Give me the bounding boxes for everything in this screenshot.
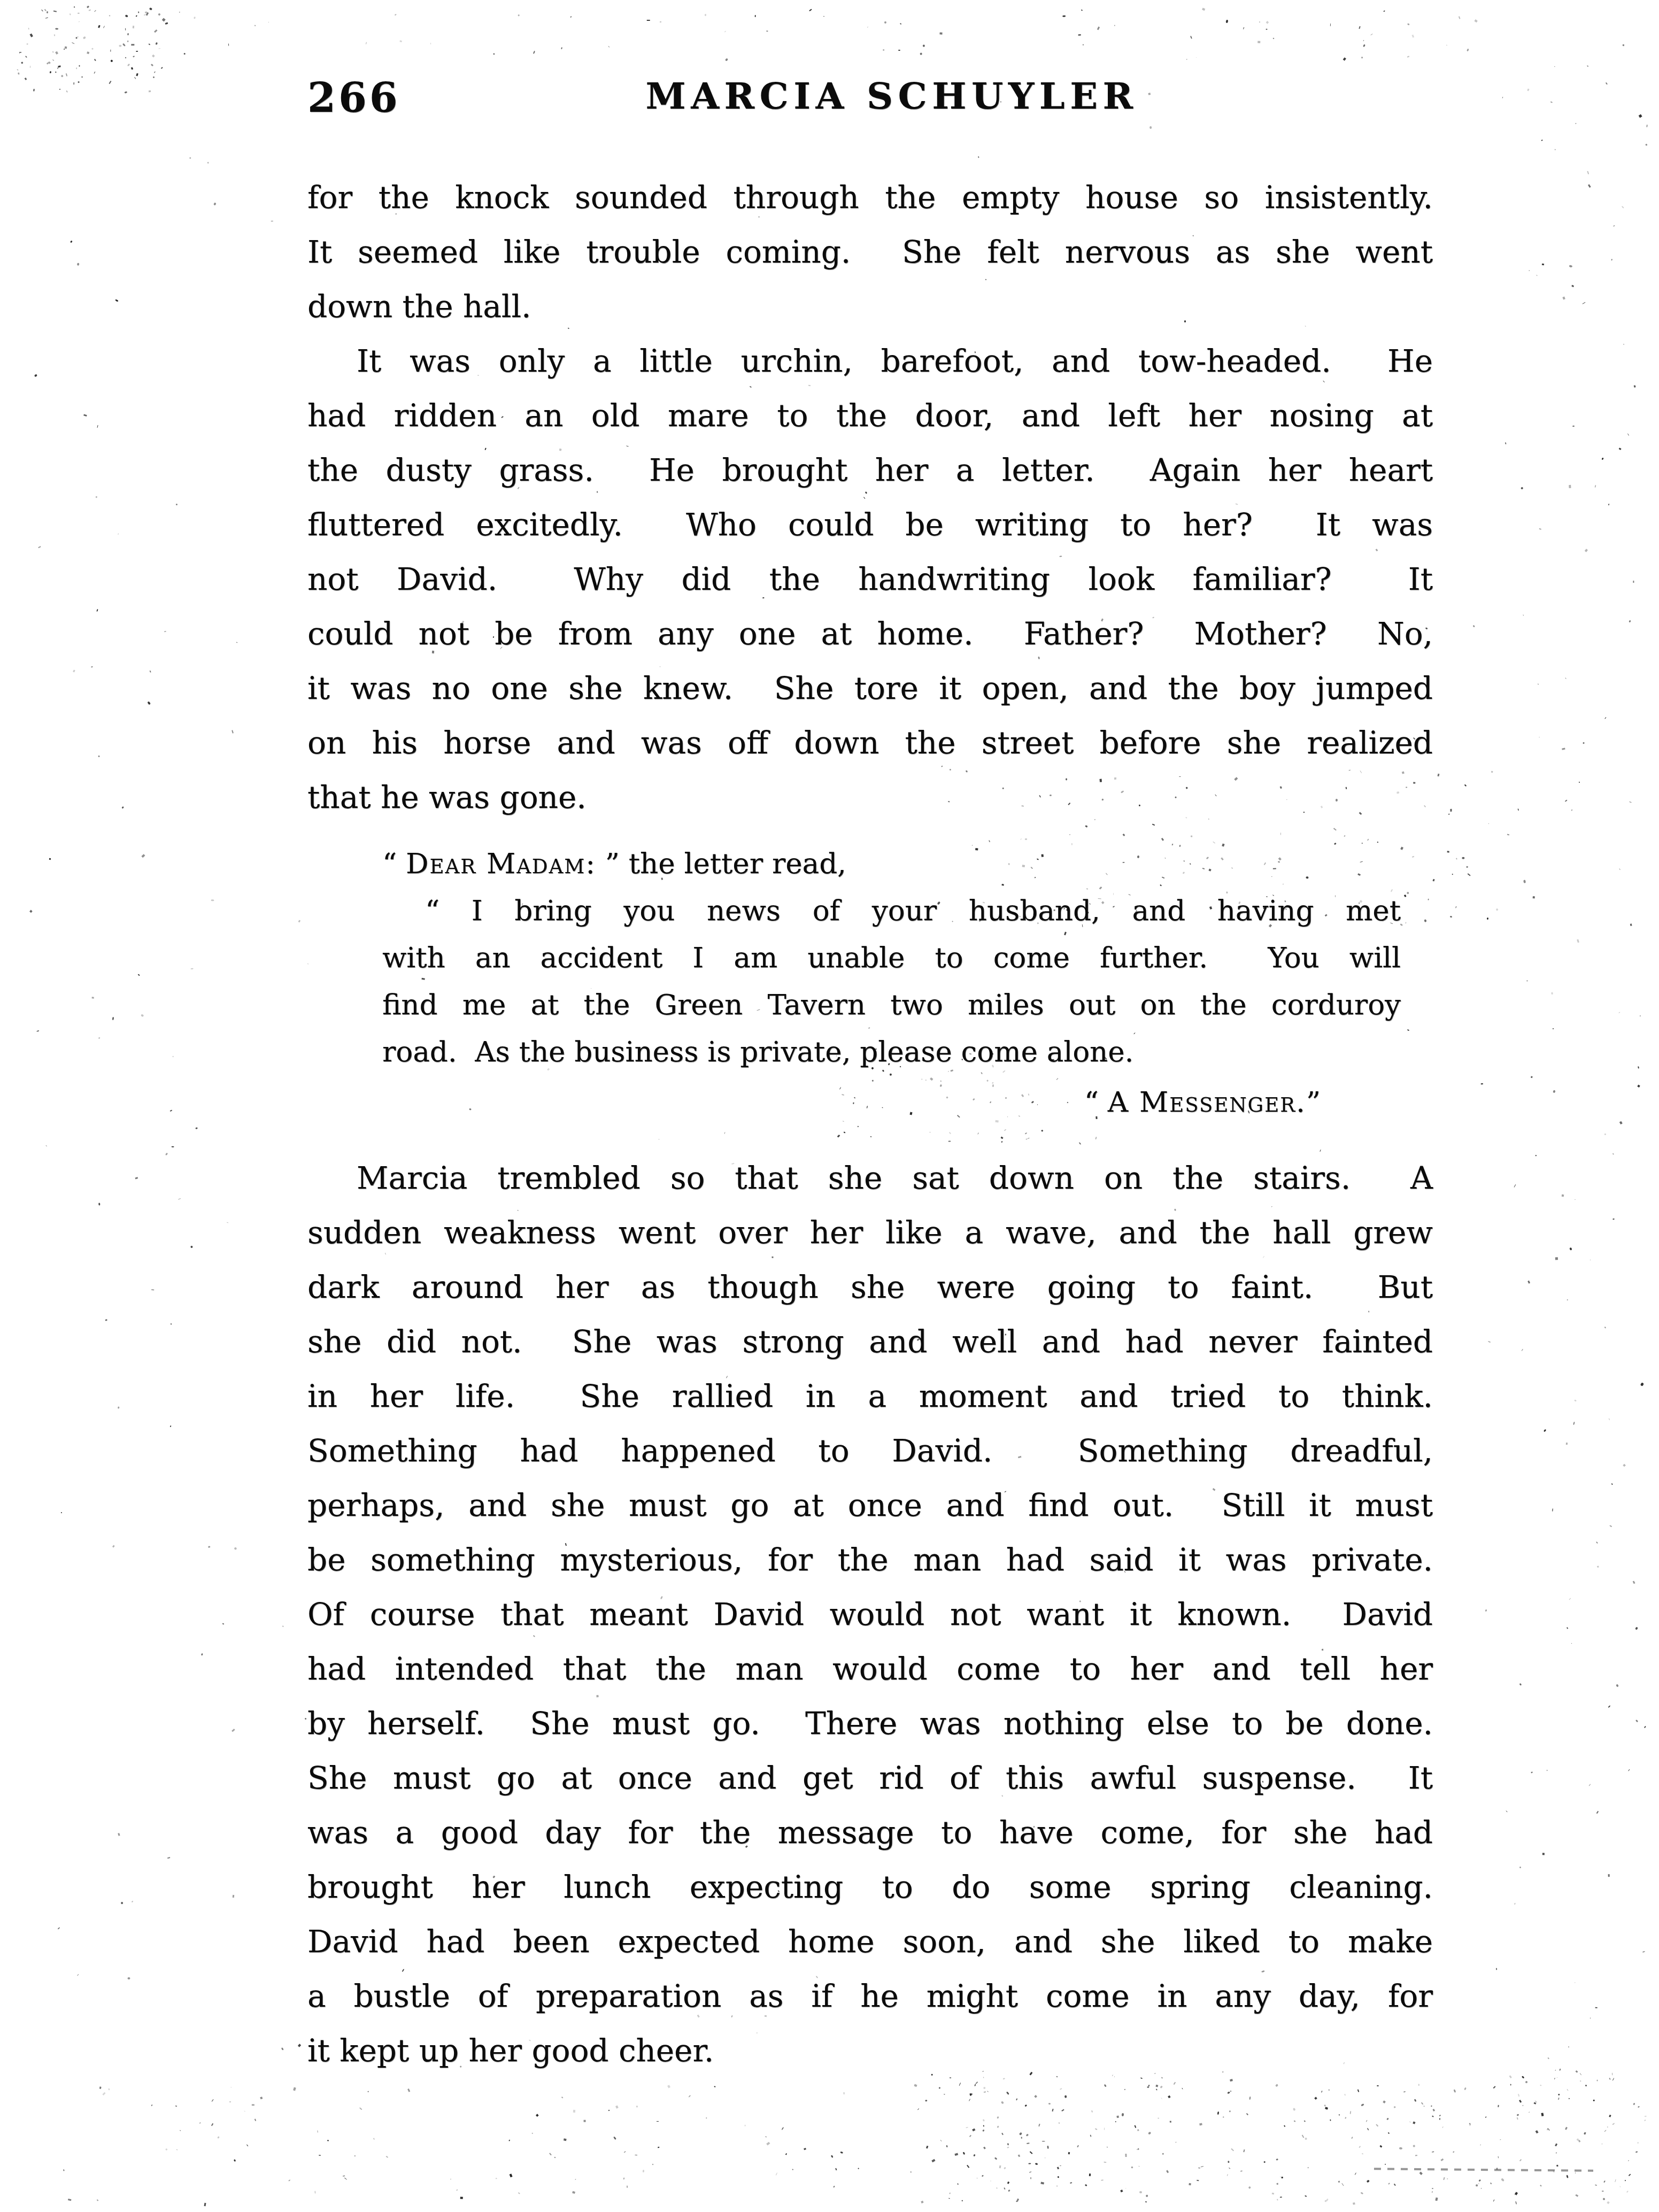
noise-speck <box>1640 1015 1641 1016</box>
noise-speck <box>68 2199 71 2201</box>
noise-speck <box>910 2171 912 2172</box>
noise-speck <box>87 51 89 54</box>
noise-speck <box>1376 2124 1378 2126</box>
noise-speck <box>1555 2144 1558 2147</box>
noise-speck <box>1293 2108 1296 2111</box>
noise-speck <box>776 2172 778 2175</box>
noise-speck <box>1596 2080 1598 2082</box>
noise-speck <box>1557 2098 1559 2100</box>
noise-speck <box>151 64 153 66</box>
noise-speck <box>1468 873 1471 876</box>
noise-speck <box>1198 2168 1200 2169</box>
noise-speck <box>164 631 166 632</box>
noise-speck <box>1604 717 1606 719</box>
noise-speck <box>1554 66 1555 67</box>
text-line: for the knock sounded through the empty … <box>307 170 1433 225</box>
noise-speck <box>243 2110 245 2112</box>
noise-speck <box>1004 2187 1006 2189</box>
noise-speck <box>1538 683 1539 684</box>
noise-speck <box>1057 2176 1059 2178</box>
noise-speck <box>65 47 67 49</box>
noise-speck <box>1197 2180 1199 2182</box>
noise-speck <box>745 2125 745 2126</box>
noise-speck <box>94 10 96 12</box>
noise-speck <box>1330 2119 1331 2121</box>
book-title: MARCIA SCHUYLER <box>645 75 1138 118</box>
noise-speck <box>792 2169 793 2170</box>
noise-speck <box>1450 916 1453 918</box>
noise-speck <box>1447 851 1449 853</box>
noise-speck <box>30 66 31 68</box>
paragraph-2: It was only a little urchin, barefoot, a… <box>307 334 1433 824</box>
noise-speck <box>1536 274 1538 276</box>
noise-speck <box>978 156 979 158</box>
noise-speck <box>1472 625 1475 627</box>
noise-speck <box>1001 2133 1004 2135</box>
noise-speck <box>1064 2095 1067 2098</box>
noise-speck <box>1266 28 1267 29</box>
noise-speck <box>493 53 495 55</box>
noise-speck <box>1415 2155 1417 2156</box>
noise-speck <box>1432 2116 1433 2117</box>
noise-speck <box>804 2148 806 2150</box>
noise-speck <box>1000 2101 1004 2104</box>
noise-speck <box>99 1037 101 1038</box>
noise-speck <box>1097 26 1100 30</box>
noise-speck <box>1595 2007 1598 2008</box>
noise-speck <box>1034 2095 1037 2098</box>
open-quote: “ <box>1084 1086 1108 1119</box>
noise-speck <box>1565 800 1568 803</box>
salutation-rest: ” the letter read, <box>596 847 846 880</box>
noise-speck <box>1588 184 1591 188</box>
text-line: She must go at once and get rid of this … <box>307 1751 1433 1805</box>
noise-speck <box>1352 2202 1355 2205</box>
noise-speck <box>858 2168 859 2169</box>
noise-speck <box>496 2178 497 2179</box>
noise-speck <box>1498 2105 1499 2107</box>
noise-speck <box>1059 2123 1060 2124</box>
noise-speck <box>1572 426 1574 427</box>
noise-speck <box>138 974 140 976</box>
book-page: 266 MARCIA SCHUYLER for the knock sounde… <box>0 0 1659 2212</box>
noise-speck <box>1174 2082 1176 2084</box>
noise-speck <box>1623 1464 1626 1467</box>
noise-speck <box>1267 21 1269 24</box>
noise-speck <box>230 2101 232 2102</box>
noise-speck <box>1056 2185 1058 2187</box>
noise-speck <box>227 1222 228 1223</box>
noise-speck <box>1217 2111 1219 2115</box>
noise-speck <box>1583 302 1586 304</box>
noise-speck <box>1565 1443 1568 1445</box>
noise-speck <box>63 48 65 50</box>
noise-speck <box>29 910 33 913</box>
noise-speck <box>1439 2118 1440 2120</box>
noise-speck <box>1388 2132 1390 2133</box>
noise-speck <box>1442 2126 1444 2128</box>
text-line: It was only a little urchin, barefoot, a… <box>307 334 1433 388</box>
noise-speck <box>1450 809 1452 812</box>
noise-speck <box>21 61 23 64</box>
noise-speck <box>1361 2103 1364 2106</box>
noise-speck <box>1137 2129 1139 2131</box>
noise-speck <box>1035 2163 1038 2165</box>
noise-speck <box>1556 2165 1558 2167</box>
noise-speck <box>1553 1090 1556 1093</box>
noise-speck <box>1561 1194 1564 1197</box>
noise-speck <box>1555 149 1556 150</box>
noise-speck <box>222 1623 224 1625</box>
noise-speck <box>49 858 51 860</box>
noise-speck <box>1590 1259 1591 1261</box>
text-line: that he was gone. <box>307 770 1433 824</box>
noise-speck <box>288 2179 291 2182</box>
noise-speck <box>128 1977 130 1979</box>
noise-speck <box>450 2179 451 2180</box>
noise-speck <box>997 2116 999 2118</box>
noise-speck <box>1587 65 1588 67</box>
noise-speck <box>1272 37 1274 39</box>
noise-speck <box>1294 2121 1295 2122</box>
noise-speck <box>1007 2146 1009 2148</box>
noise-speck <box>636 2106 637 2107</box>
noise-speck <box>1091 2110 1093 2112</box>
noise-speck <box>1491 771 1493 773</box>
noise-speck <box>652 2164 653 2165</box>
noise-speck <box>1338 2181 1340 2183</box>
noise-speck <box>1304 2195 1307 2197</box>
noise-speck <box>57 67 58 70</box>
noise-speck <box>1552 992 1553 995</box>
noise-speck <box>1329 2089 1330 2090</box>
noise-speck <box>1246 2113 1248 2115</box>
noise-speck <box>1517 2117 1519 2120</box>
noise-speck <box>1419 2172 1423 2175</box>
noise-speck <box>1004 2167 1006 2169</box>
noise-speck <box>1047 2145 1048 2148</box>
noise-speck <box>1612 1153 1614 1154</box>
noise-speck <box>1566 2175 1569 2178</box>
noise-speck <box>1394 2184 1396 2186</box>
noise-speck <box>1059 2165 1061 2166</box>
noise-speck <box>1160 2086 1162 2088</box>
noise-speck <box>365 42 366 44</box>
noise-speck <box>575 2179 576 2180</box>
noise-speck <box>98 1203 101 1206</box>
noise-speck <box>1201 2166 1203 2168</box>
noise-speck <box>1644 2115 1646 2116</box>
noise-speck <box>1646 143 1648 145</box>
noise-speck <box>1604 1327 1606 1329</box>
noise-speck <box>60 1512 62 1513</box>
noise-speck <box>1562 747 1565 750</box>
noise-speck <box>73 669 75 672</box>
noise-speck <box>260 2097 263 2099</box>
noise-speck <box>1579 782 1580 783</box>
text-line: fluttered excitedly. Who could be writin… <box>307 497 1433 552</box>
noise-speck <box>56 28 59 29</box>
noise-speck <box>1505 442 1507 445</box>
noise-speck <box>108 2088 110 2090</box>
noise-speck <box>145 11 148 13</box>
noise-speck <box>1383 10 1385 12</box>
noise-speck <box>44 9 47 11</box>
noise-speck <box>76 37 78 39</box>
noise-speck <box>17 69 19 71</box>
noise-speck <box>573 2110 576 2113</box>
noise-speck <box>1175 2142 1176 2144</box>
noise-speck <box>1604 1133 1607 1135</box>
noise-speck <box>367 2091 368 2092</box>
noise-speck <box>1523 880 1526 883</box>
noise-speck <box>217 2136 219 2138</box>
noise-speck <box>1571 1643 1572 1644</box>
noise-speck <box>658 2147 660 2148</box>
noise-speck <box>883 50 884 51</box>
noise-speck <box>319 2155 321 2156</box>
noise-speck <box>1491 2183 1492 2184</box>
noise-speck <box>98 25 100 28</box>
noise-speck <box>1078 34 1081 35</box>
noise-speck <box>1157 2118 1159 2119</box>
noise-speck <box>1521 487 1523 489</box>
noise-speck <box>1077 2145 1079 2148</box>
noise-speck <box>1498 2156 1499 2158</box>
noise-speck <box>584 2120 586 2122</box>
noise-speck <box>1025 2105 1028 2107</box>
noise-speck <box>1279 2177 1280 2177</box>
noise-speck <box>994 2157 998 2160</box>
noise-speck <box>1612 2123 1615 2125</box>
noise-speck <box>1467 48 1469 51</box>
noise-speck <box>642 2170 644 2172</box>
noise-speck <box>1062 15 1066 17</box>
noise-speck <box>1259 21 1261 22</box>
noise-speck <box>1244 2149 1245 2152</box>
noise-speck <box>1635 1720 1639 1723</box>
noise-speck <box>172 1146 174 1147</box>
noise-speck <box>1533 896 1535 898</box>
noise-speck <box>147 702 150 705</box>
noise-speck <box>152 55 155 57</box>
noise-speck <box>1553 1028 1554 1029</box>
noise-speck <box>984 2091 986 2093</box>
noise-speck <box>1574 1399 1577 1401</box>
noise-speck <box>118 533 119 534</box>
noise-speck <box>1568 2046 1569 2048</box>
noise-speck <box>1565 677 1567 679</box>
noise-speck <box>623 2177 624 2179</box>
noise-speck <box>1517 2114 1519 2116</box>
noise-speck <box>92 48 94 49</box>
noise-speck <box>1407 23 1410 25</box>
noise-speck <box>1519 1867 1522 1869</box>
noise-speck <box>1604 2130 1606 2132</box>
noise-speck <box>635 2154 637 2155</box>
noise-speck <box>125 14 128 17</box>
noise-speck <box>1522 614 1523 615</box>
noise-speck <box>1568 485 1571 488</box>
noise-speck <box>608 2110 609 2111</box>
noise-speck <box>1487 918 1489 920</box>
noise-speck <box>1363 44 1365 48</box>
text-line: be something mysterious, for the man had… <box>307 1532 1433 1587</box>
noise-speck <box>79 65 80 67</box>
noise-speck <box>1574 1983 1575 1983</box>
noise-speck <box>19 53 19 53</box>
noise-speck <box>1264 2161 1266 2163</box>
noise-speck <box>158 13 160 16</box>
noise-speck <box>45 1145 47 1147</box>
noise-speck <box>252 2104 254 2106</box>
noise-speck <box>1539 528 1541 529</box>
noise-speck <box>533 51 535 54</box>
noise-speck <box>1182 2088 1183 2090</box>
noise-speck <box>983 2125 984 2127</box>
noise-speck <box>78 13 80 14</box>
noise-speck <box>161 18 165 21</box>
noise-speck <box>119 45 122 47</box>
noise-speck <box>1519 2159 1522 2161</box>
noise-speck <box>1576 2070 1578 2073</box>
noise-speck <box>1413 2145 1416 2147</box>
noise-speck <box>948 2198 950 2199</box>
noise-speck <box>1495 908 1499 911</box>
noise-speck <box>1541 2113 1544 2116</box>
text-line: with an accident I am unable to come fur… <box>382 935 1401 982</box>
noise-speck <box>178 1198 181 1200</box>
noise-speck <box>1635 2152 1638 2153</box>
noise-speck <box>1469 2123 1470 2124</box>
noise-speck <box>1069 2182 1072 2184</box>
noise-speck <box>1515 2192 1518 2195</box>
noise-speck <box>1519 1683 1522 1686</box>
noise-speck <box>127 63 130 66</box>
noise-speck <box>1555 1257 1557 1260</box>
noise-speck <box>254 2119 256 2121</box>
noise-speck <box>1521 1349 1523 1351</box>
noise-speck <box>1515 2193 1516 2195</box>
noise-speck <box>84 414 87 417</box>
noise-speck <box>959 2083 961 2086</box>
noise-speck <box>1314 2097 1317 2100</box>
noise-speck <box>1619 869 1621 870</box>
noise-speck <box>47 11 49 13</box>
noise-speck <box>1567 2089 1568 2091</box>
noise-speck <box>1562 296 1565 299</box>
noise-speck <box>1609 2115 1611 2117</box>
noise-speck <box>1399 2147 1402 2149</box>
noise-speck <box>1618 448 1621 450</box>
noise-speck <box>1016 2201 1017 2202</box>
noise-speck <box>1452 874 1454 875</box>
noise-speck <box>1068 2152 1070 2154</box>
noise-speck <box>1090 2134 1092 2137</box>
noise-speck <box>1325 2198 1328 2201</box>
noise-speck <box>1276 2159 1278 2161</box>
noise-speck <box>627 2186 628 2188</box>
noise-speck <box>898 50 900 51</box>
noise-speck <box>246 2145 248 2147</box>
noise-speck <box>234 2160 236 2162</box>
noise-speck <box>1148 2085 1149 2086</box>
noise-speck <box>165 1153 168 1156</box>
noise-speck <box>1585 2084 1587 2086</box>
noise-speck <box>943 2094 945 2095</box>
noise-speck <box>1258 41 1261 43</box>
noise-speck <box>955 2153 959 2156</box>
noise-speck <box>102 2092 105 2096</box>
text-line: Marcia trembled so that she sat down on … <box>307 1151 1433 1205</box>
noise-speck <box>407 2088 410 2092</box>
noise-speck <box>1125 2188 1126 2189</box>
noise-speck <box>1421 2102 1424 2105</box>
noise-speck <box>518 14 520 17</box>
noise-speck <box>1480 2188 1481 2189</box>
noise-speck <box>766 30 768 32</box>
noise-speck <box>1272 2193 1274 2194</box>
noise-speck <box>1637 1084 1640 1088</box>
noise-speck <box>194 17 196 19</box>
noise-speck <box>615 2106 619 2109</box>
noise-speck <box>967 2165 970 2168</box>
noise-speck <box>1156 2085 1159 2087</box>
noise-speck <box>175 2106 178 2107</box>
noise-speck <box>204 2202 206 2206</box>
noise-speck <box>1527 1281 1530 1284</box>
noise-speck <box>1135 2125 1136 2128</box>
noise-speck <box>282 1626 283 1627</box>
noise-speck <box>314 2191 315 2194</box>
noise-speck <box>1514 1184 1516 1188</box>
noise-speck <box>1409 2121 1411 2122</box>
noise-speck <box>1041 2182 1044 2184</box>
noise-speck <box>144 14 145 16</box>
noise-speck <box>1383 2100 1386 2103</box>
noise-speck <box>1618 1012 1620 1013</box>
noise-speck <box>1359 26 1360 29</box>
noise-speck <box>232 730 234 734</box>
noise-speck <box>1280 2196 1282 2198</box>
noise-speck <box>1357 2089 1359 2092</box>
noise-speck <box>125 28 126 30</box>
noise-speck <box>1341 2183 1344 2186</box>
open-quote: “ <box>382 847 406 880</box>
noise-speck <box>975 2084 976 2086</box>
text-line: Of course that meant David would not wan… <box>307 1587 1433 1641</box>
noise-speck <box>949 2192 951 2194</box>
noise-speck <box>1501 2178 1504 2182</box>
noise-speck <box>561 47 562 49</box>
noise-speck <box>1488 823 1490 824</box>
noise-speck <box>1284 2125 1285 2127</box>
noise-speck <box>1644 1726 1646 1728</box>
noise-speck <box>1585 549 1588 552</box>
noise-speck <box>189 157 191 159</box>
noise-speck <box>1613 1219 1615 1220</box>
noise-speck <box>1510 2084 1511 2086</box>
noise-speck <box>1304 2121 1306 2122</box>
noise-speck <box>1120 2190 1123 2192</box>
noise-speck <box>460 2197 464 2200</box>
noise-speck <box>1455 906 1456 908</box>
text-line: it kept up her good cheer. <box>307 2023 1433 2078</box>
noise-speck <box>1601 457 1604 460</box>
text-line: It seemed like trouble coming. She felt … <box>307 225 1433 279</box>
noise-speck <box>1601 2143 1602 2145</box>
noise-speck <box>1542 1853 1544 1855</box>
